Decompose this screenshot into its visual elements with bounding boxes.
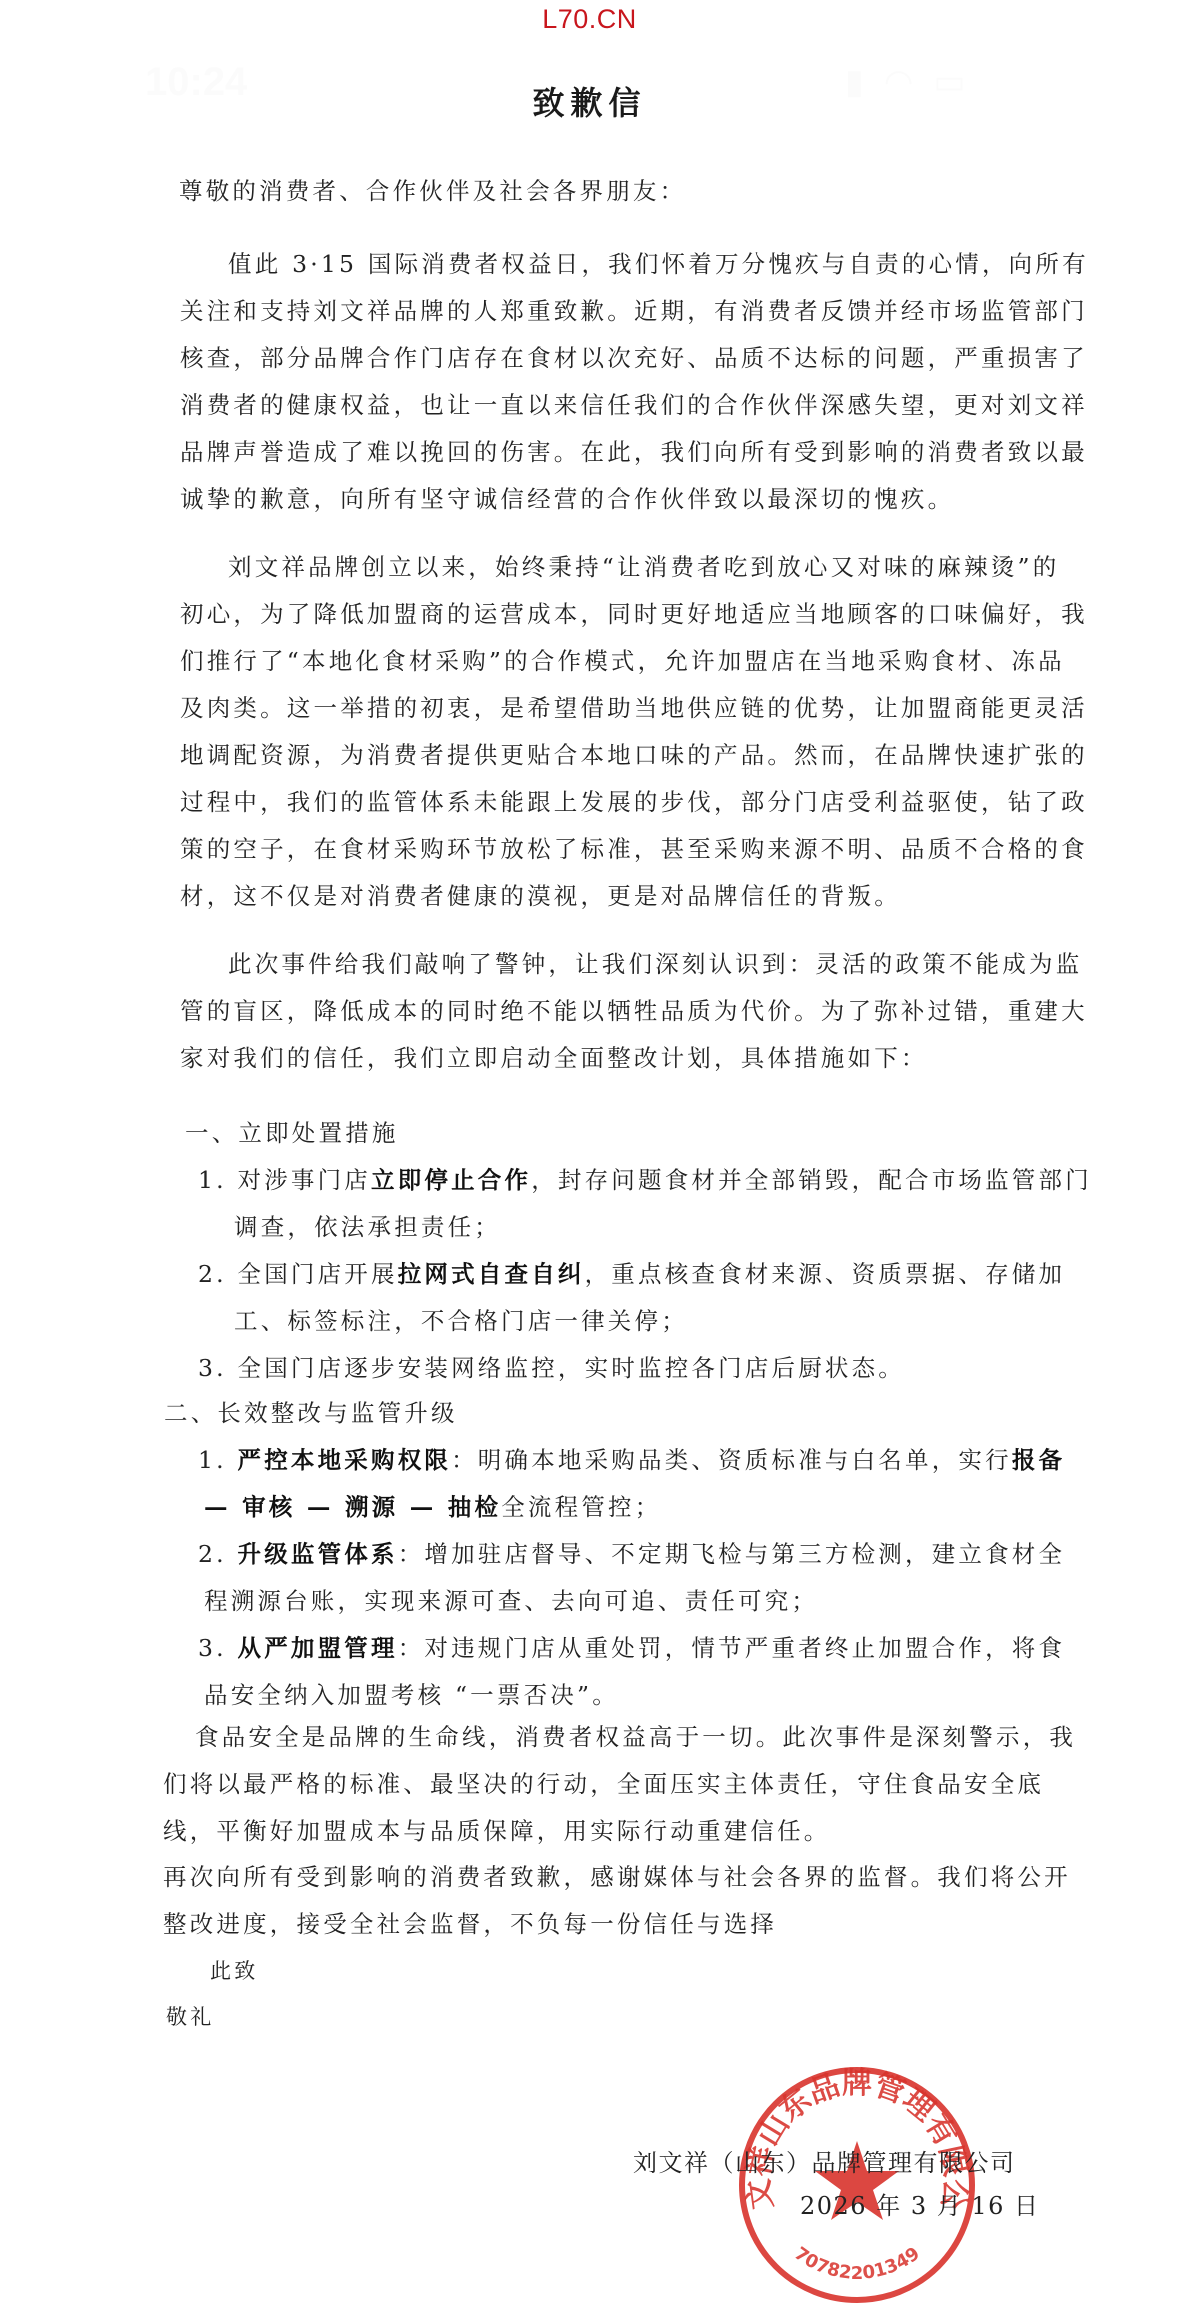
item-emphasis: 拉网式自查自纠	[398, 1260, 585, 1288]
text-line: 再次向所有受到影响的消费者致歉，感谢媒体与社会各界的监督。我们将公开	[163, 1858, 1071, 1892]
section-heading: 一、立即处置措施	[185, 1114, 399, 1148]
list-item-continuation: 程溯源台账，实现来源可查、去向可追、责任可究；	[204, 1582, 818, 1616]
signature-date: 2026 年 3 月 16 日	[800, 2186, 1040, 2221]
site-watermark: L70.CN	[0, 4, 1179, 35]
text-line: 管的盲区，降低成本的同时绝不能以牺牲品质为代价。为了弥补过错，重建大	[180, 992, 1088, 1026]
signature-company: 刘文祥（山东）品牌管理有限公司	[633, 2143, 1016, 2178]
list-item-continuation: — 审核 — 溯源 — 抽检全流程管控；	[204, 1488, 661, 1522]
item-text: 全国门店开展	[238, 1260, 398, 1288]
item-text: ，重点核查食材来源、资质票据、存储加	[585, 1260, 1066, 1288]
text-line: 们推行了“本地化食材采购”的合作模式，允许加盟店在当地采购食材、冻品	[180, 642, 1065, 676]
closing-line-2: 敬礼	[166, 2001, 214, 2031]
text-line: 初心，为了降低加盟商的运营成本，同时更好地适应当地顾客的口味偏好，我	[180, 595, 1088, 629]
list-item: 2. 升级监管体系：增加驻店督导、不定期飞检与第三方检测，建立食材全	[198, 1535, 1065, 1569]
list-item-continuation: 调查，依法承担责任；	[234, 1208, 501, 1242]
item-number: 1.	[198, 1166, 227, 1194]
item-text: 全流程管控；	[501, 1493, 661, 1521]
text-line: 刘文祥品牌创立以来，始终秉持“让消费者吃到放心又对味的麻辣烫”的	[228, 548, 1059, 582]
text-line: 品牌声誉造成了难以挽回的伤害。在此，我们向所有受到影响的消费者致以最	[180, 433, 1088, 467]
text-line: 们将以最严格的标准、最坚决的行动，全面压实主体责任，守住食品安全底	[163, 1765, 1044, 1799]
page-title: 致歉信	[0, 78, 1179, 124]
item-number: 3.	[198, 1354, 227, 1382]
item-emphasis: 从严加盟管理	[238, 1634, 398, 1662]
item-emphasis: — 审核 — 溯源 — 抽检	[204, 1493, 501, 1521]
list-item-continuation: 品安全纳入加盟考核 “一票否决”。	[204, 1676, 619, 1710]
item-text: ：对违规门店从重处罚，情节严重者终止加盟合作，将食	[398, 1634, 1066, 1662]
text-line: 过程中，我们的监管体系未能跟上发展的步伐，部分门店受利益驱使，钻了政	[180, 783, 1088, 817]
item-text: ，封存问题食材并全部销毁，配合市场监管部门	[531, 1166, 1092, 1194]
section-heading: 二、长效整改与监管升级	[164, 1394, 458, 1428]
text-line: 家对我们的信任，我们立即启动全面整改计划，具体措施如下：	[180, 1039, 928, 1073]
text-line: 材，这不仅是对消费者健康的漠视，更是对品牌信任的背叛。	[180, 877, 901, 911]
closing-line-1: 此致	[210, 1955, 258, 1985]
text-line: 核查，部分品牌合作门店存在食材以次充好、品质不达标的问题，严重损害了	[180, 339, 1088, 373]
list-item: 3. 从严加盟管理：对违规门店从重处罚，情节严重者终止加盟合作，将食	[198, 1629, 1065, 1663]
salutation: 尊敬的消费者、合作伙伴及社会各界朋友：	[179, 172, 686, 206]
text-line: 食品安全是品牌的生命线，消费者权益高于一切。此次事件是深刻警示，我	[195, 1718, 1076, 1752]
item-text: ：明确本地采购品类、资质标准与白名单，实行	[451, 1446, 1012, 1474]
text-line: 整改进度，接受全社会监督，不负每一份信任与选择	[163, 1905, 777, 1939]
list-item: 2. 全国门店开展拉网式自查自纠，重点核查食材来源、资质票据、存储加	[198, 1255, 1065, 1289]
item-number: 1.	[198, 1446, 227, 1474]
list-item: 3. 全国门店逐步安装网络监控，实时监控各门店后厨状态。	[198, 1349, 905, 1383]
text-line: 关注和支持刘文祥品牌的人郑重致歉。近期，有消费者反馈并经市场监管部门	[180, 292, 1088, 326]
item-text: 全国门店逐步安装网络监控，实时监控各门店后厨状态。	[238, 1354, 906, 1382]
list-item-continuation: 工、标签标注，不合格门店一律关停；	[234, 1302, 688, 1336]
text-line: 线，平衡好加盟成本与品质保障，用实际行动重建信任。	[163, 1812, 831, 1846]
item-number: 2.	[198, 1260, 227, 1288]
text-line: 此次事件给我们敲响了警钟，让我们深刻认识到：灵活的政策不能成为监	[228, 945, 1082, 979]
text-line: 及肉类。这一举措的初衷，是希望借助当地供应链的优势，让加盟商能更灵活	[180, 689, 1088, 723]
item-number: 3.	[198, 1634, 227, 1662]
list-item: 1. 严控本地采购权限：明确本地采购品类、资质标准与白名单，实行报备	[198, 1441, 1065, 1475]
item-emphasis: 严控本地采购权限	[238, 1446, 452, 1474]
official-seal-stamp: 刘文祥山东品牌管理有限公司 3707822013494	[735, 2063, 979, 2307]
list-item: 1. 对涉事门店立即停止合作，封存问题食材并全部销毁，配合市场监管部门	[198, 1161, 1092, 1195]
item-text: 对涉事门店	[238, 1166, 372, 1194]
item-number: 2.	[198, 1540, 227, 1568]
item-emphasis: 立即停止合作	[371, 1166, 531, 1194]
item-emphasis: 升级监管体系	[238, 1540, 398, 1568]
text-line: 策的空子，在食材采购环节放松了标准，甚至采购来源不明、品质不合格的食	[180, 830, 1088, 864]
text-line: 值此 3·15 国际消费者权益日，我们怀着万分愧疚与自责的心情，向所有	[228, 245, 1089, 279]
text-line: 消费者的健康权益，也让一直以来信任我们的合作伙伴深感失望，更对刘文祥	[180, 386, 1088, 420]
text-line: 诚挚的歉意，向所有坚守诚信经营的合作伙伴致以最深切的愧疚。	[180, 480, 954, 514]
item-text: ：增加驻店督导、不定期飞检与第三方检测，建立食材全	[398, 1540, 1066, 1568]
text-line: 地调配资源，为消费者提供更贴合本地口味的产品。然而，在品牌快速扩张的	[180, 736, 1088, 770]
item-emphasis: 报备	[1012, 1446, 1065, 1474]
